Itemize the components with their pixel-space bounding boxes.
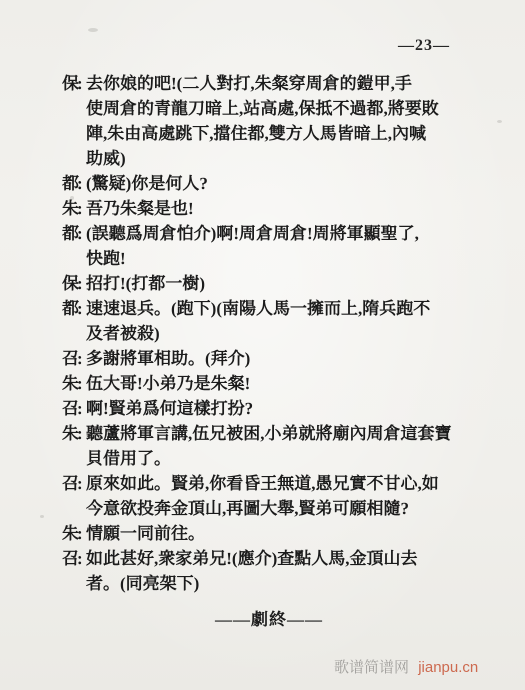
dialogue-entry: 召:多謝將軍相助。(拜介) bbox=[62, 346, 476, 371]
dialogue-entry: 召:如此甚好,衆家弟兄!(應介)查點人馬,金頂山去者。(同亮架下) bbox=[62, 546, 476, 596]
dialogue-line: (誤聽爲周倉怕介)啊!周倉周倉!周將軍顯聖了, bbox=[86, 221, 476, 246]
scan-speck bbox=[40, 515, 44, 518]
dialogue-entry: 朱:吾乃朱粲是也! bbox=[62, 196, 476, 221]
dialogue-line: 多謝將軍相助。(拜介) bbox=[86, 346, 476, 371]
dialogue-line: 使周倉的青龍刀暗上,站高處,保抵不過都,將要敗 bbox=[86, 96, 476, 121]
scan-speck bbox=[70, 196, 74, 200]
dialogue-line: (驚疑)你是何人? bbox=[86, 171, 476, 196]
dialogue-entry: 朱:情願一同前往。 bbox=[62, 521, 476, 546]
dialogue-speaker: 召: bbox=[62, 546, 81, 571]
dialogue-line: 吾乃朱粲是也! bbox=[86, 196, 476, 221]
dialogue-entry: 保:去你娘的吧!(二人對打,朱粲穿周倉的鎧甲,手使周倉的青龍刀暗上,站高處,保抵… bbox=[62, 71, 476, 171]
scan-speck bbox=[88, 28, 98, 32]
dialogue-entry: 朱:聽蘆將軍言講,伍兄被困,小弟就將廟內周倉這套寶貝借用了。 bbox=[62, 421, 476, 471]
dialogue-speaker: 都: bbox=[62, 221, 81, 246]
dialogue-line: 伍大哥!小弟乃是朱粲! bbox=[86, 371, 476, 396]
dialogue-speaker: 朱: bbox=[62, 521, 81, 546]
dialogue-speaker: 朱: bbox=[62, 421, 81, 446]
watermark: 歌谱简谱网 jianpu.cn bbox=[334, 656, 478, 677]
dialogue-line: 及者被殺) bbox=[86, 321, 476, 346]
dialogue-line: 速速退兵。(跑下)(南陽人馬一擁而上,隋兵跑不 bbox=[86, 296, 476, 321]
dialogue-entry: 都:(誤聽爲周倉怕介)啊!周倉周倉!周將軍顯聖了,快跑! bbox=[62, 221, 476, 271]
dialogue-line: 如此甚好,衆家弟兄!(應介)查點人馬,金頂山去 bbox=[86, 546, 476, 571]
dialogue-line: 陣,朱由高處跳下,擋住都,雙方人馬皆暗上,內喊 bbox=[86, 121, 476, 146]
dialogue-line: 今意欲投奔金頂山,再圖大舉,賢弟可願相隨? bbox=[86, 496, 476, 521]
script-body: 保:去你娘的吧!(二人對打,朱粲穿周倉的鎧甲,手使周倉的青龍刀暗上,站高處,保抵… bbox=[62, 71, 476, 632]
dialogue-speaker: 保: bbox=[62, 271, 81, 296]
dialogue-line: 去你娘的吧!(二人對打,朱粲穿周倉的鎧甲,手 bbox=[86, 71, 476, 96]
page-number: —23— bbox=[398, 37, 450, 55]
scanned-script-page: —23— 保:去你娘的吧!(二人對打,朱粲穿周倉的鎧甲,手使周倉的青龍刀暗上,站… bbox=[0, 0, 525, 690]
end-of-play-mark: ——劇終—— bbox=[62, 596, 476, 632]
dialogue-line: 者。(同亮架下) bbox=[86, 571, 476, 596]
dialogue-entry: 都:速速退兵。(跑下)(南陽人馬一擁而上,隋兵跑不及者被殺) bbox=[62, 296, 476, 346]
dialogue-entry: 召:原來如此。賢弟,你看昏王無道,愚兄實不甘心,如今意欲投奔金頂山,再圖大舉,賢… bbox=[62, 471, 476, 521]
watermark-site-url: jianpu.cn bbox=[418, 659, 478, 676]
dialogue-speaker: 保: bbox=[62, 71, 81, 96]
dialogue-speaker: 都: bbox=[62, 171, 81, 196]
dialogue-speaker: 都: bbox=[62, 296, 81, 321]
dialogue-entry: 保:招打!(打都一樹) bbox=[62, 271, 476, 296]
scan-speck bbox=[497, 120, 502, 123]
dialogue-entry: 朱:伍大哥!小弟乃是朱粲! bbox=[62, 371, 476, 396]
dialogue-line: 助威) bbox=[86, 146, 476, 171]
dialogue-speaker: 召: bbox=[62, 471, 81, 496]
dialogue-speaker: 召: bbox=[62, 346, 81, 371]
dialogue-line: 原來如此。賢弟,你看昏王無道,愚兄實不甘心,如 bbox=[86, 471, 476, 496]
dialogue-line: 啊!賢弟爲何這樣打扮? bbox=[86, 396, 476, 421]
dialogue-entry: 召:啊!賢弟爲何這樣打扮? bbox=[62, 396, 476, 421]
dialogue-speaker: 朱: bbox=[62, 371, 81, 396]
dialogue-line: 聽蘆將軍言講,伍兄被困,小弟就將廟內周倉這套寶 bbox=[86, 421, 476, 446]
dialogue-entry: 都:(驚疑)你是何人? bbox=[62, 171, 476, 196]
dialogue-line: 情願一同前往。 bbox=[86, 521, 476, 546]
dialogue-line: 貝借用了。 bbox=[86, 446, 476, 471]
dialogue-line: 招打!(打都一樹) bbox=[86, 271, 476, 296]
watermark-site-name: 歌谱简谱网 bbox=[334, 659, 409, 676]
dialogue-line: 快跑! bbox=[86, 246, 476, 271]
dialogue-speaker: 召: bbox=[62, 396, 81, 421]
